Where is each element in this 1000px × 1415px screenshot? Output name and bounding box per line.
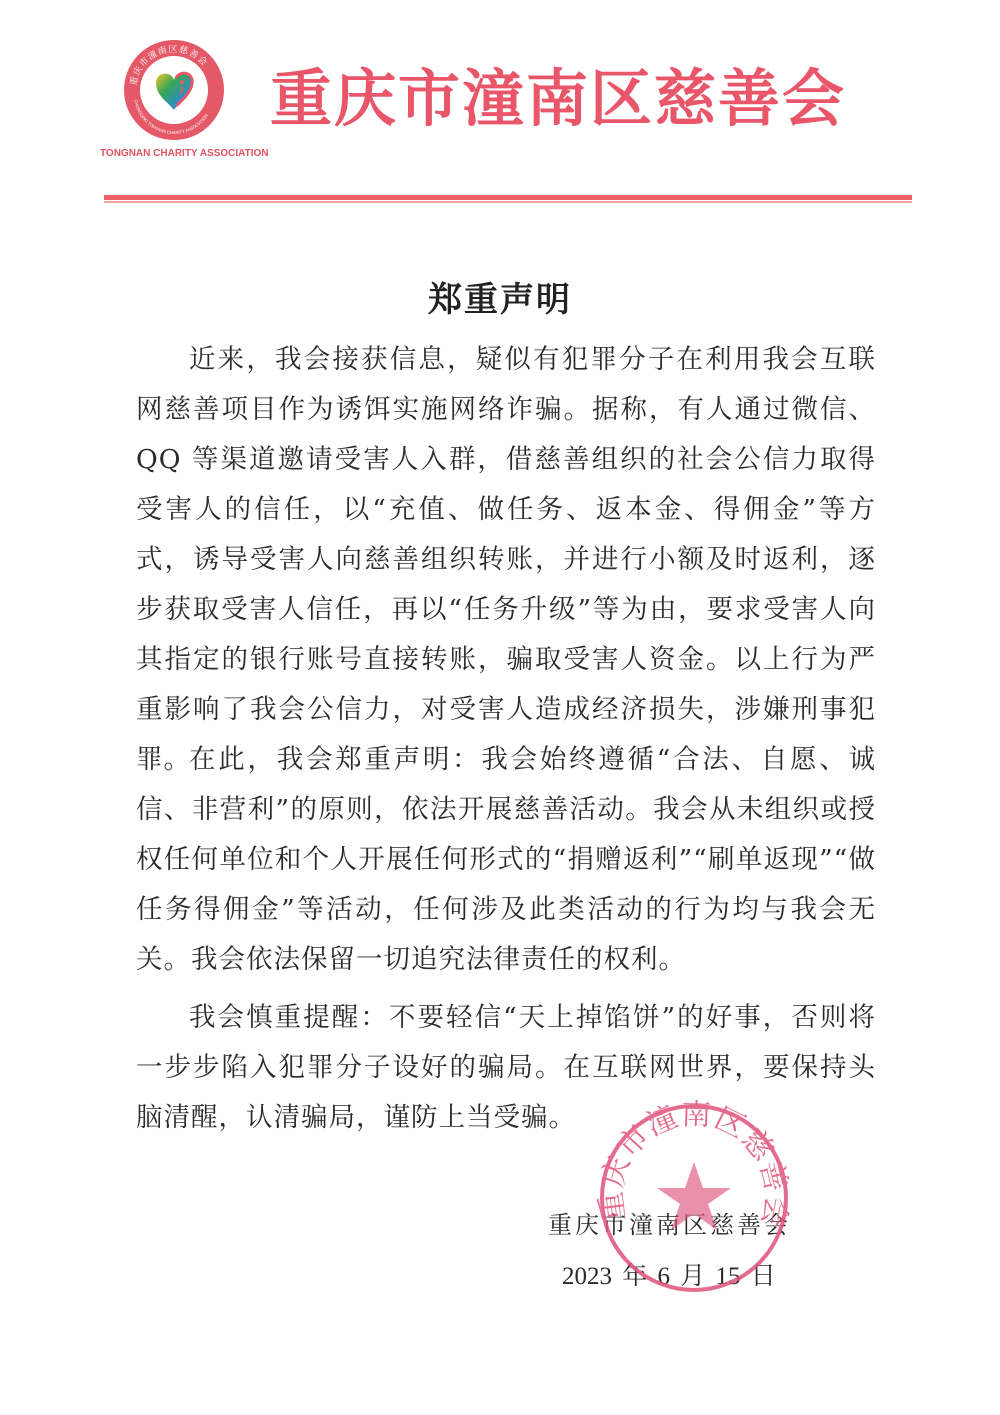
body-paragraph-1: 近来，我会接获信息，疑似有犯罪分子在利用我会互联网慈善项目作为诱饵实施网络诈骗。… (136, 335, 876, 785)
letter-page: 重庆市潼南区慈善会 CHONGQING TONGNAN CHARITY ASSO… (0, 0, 1000, 1415)
body-paragraph-2: 在此，我会郑重声明：我会始终遵循“合法、自愿、诚信、非营利”的原则，依法开展慈善… (136, 735, 876, 985)
letterhead-divider (104, 195, 912, 200)
logo-emblem-icon: 重庆市潼南区慈善会 CHONGQING TONGNAN CHARITY ASSO… (118, 38, 230, 143)
association-logo: 重庆市潼南区慈善会 CHONGQING TONGNAN CHARITY ASSO… (118, 38, 230, 143)
signature-org: 重庆市潼南区慈善会 (548, 1205, 791, 1240)
signature-date: 2023 年 6 月 15 日 (562, 1256, 776, 1292)
document-title: 郑重声明 (0, 272, 1000, 321)
paragraph-text: 在此，我会郑重声明：我会始终遵循“合法、自愿、诚信、非营利”的原则，依法开展慈善… (136, 735, 876, 985)
paragraph-text: 我会慎重提醒：不要轻信“天上掉馅饼”的好事，否则将一步步陷入犯罪分子设好的骗局。… (136, 993, 876, 1143)
letterhead-org-name: 重庆市潼南区慈善会 (270, 68, 846, 130)
letterhead-divider-thin (104, 201, 912, 203)
logo-english-name: TONGNAN CHARITY ASSOCIATION (100, 148, 270, 159)
body-paragraph-3: 我会慎重提醒：不要轻信“天上掉馅饼”的好事，否则将一步步陷入犯罪分子设好的骗局。… (136, 993, 876, 1143)
paragraph-text: 近来，我会接获信息，疑似有犯罪分子在利用我会互联网慈善项目作为诱饵实施网络诈骗。… (136, 335, 876, 785)
